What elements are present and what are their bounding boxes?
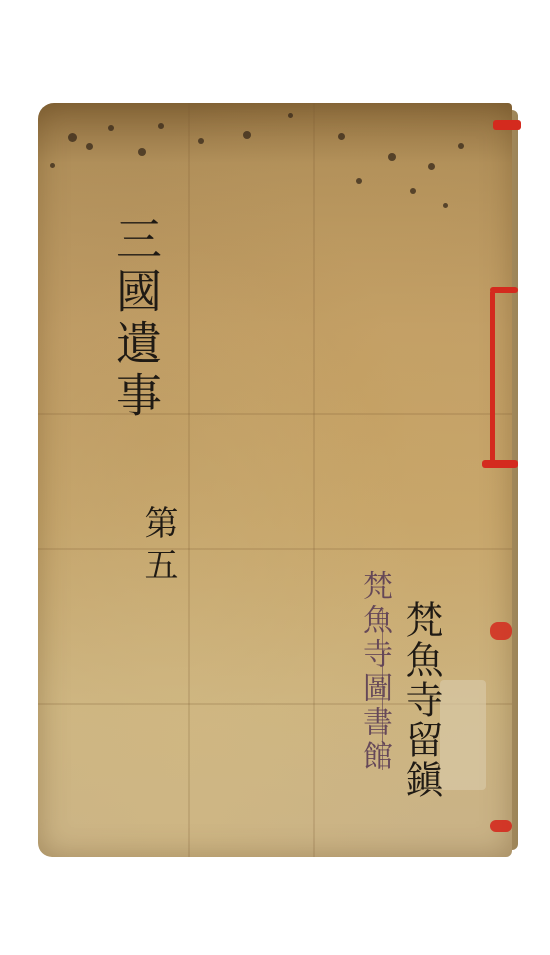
mold-spot [50,163,55,168]
binding-thread-top [493,120,521,130]
owner-inscription: 梵魚寺留鎭 [394,600,449,800]
stamp-border-line [382,610,383,770]
paper-crease [38,548,512,550]
mold-spot [243,131,251,139]
mold-spot [428,163,435,170]
mold-spot [86,143,93,150]
mold-spot [458,143,464,149]
mold-spot [443,203,448,208]
volume-number: 第五 [134,505,183,589]
mold-spot [158,123,164,129]
mold-spot [338,133,345,140]
library-stamp: 梵魚寺圖書館 [352,570,396,774]
mold-spot [388,153,396,161]
mold-spot [410,188,416,194]
mold-spot [108,125,114,131]
book-title: 三國遺事 [108,215,168,423]
mold-spot [198,138,204,144]
mold-spot [356,178,362,184]
mold-spot [288,113,293,118]
binding-thread-bottom [490,820,512,832]
paper-crease [313,103,315,857]
binding-thread-lower [490,622,512,640]
mold-spot [138,148,146,156]
binding-thread-vertical [490,290,495,465]
paper-crease [188,103,190,857]
mold-spot [68,133,77,142]
binding-thread-middle [482,460,518,468]
